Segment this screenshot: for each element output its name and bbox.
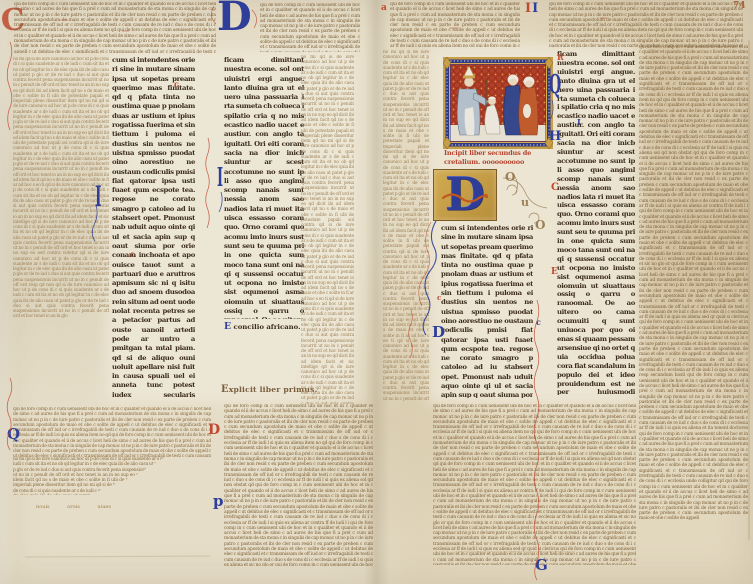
folio-number: 74 bbox=[733, 2, 746, 11]
cadel-letter: O bbox=[505, 170, 515, 184]
miniature-presentation-scene bbox=[443, 57, 553, 149]
dragon-ornament bbox=[441, 189, 489, 205]
left-bottom-gloss-a: qui de foro comp in c cum uenissent ubi … bbox=[13, 407, 211, 457]
left-top-gloss-a: qui de foro comp in c cum uenissent ubi … bbox=[14, 2, 216, 53]
rcolb-mark: c bbox=[536, 318, 541, 326]
numeral-i-blue: I bbox=[532, 1, 539, 16]
left-margin-gloss: no mi qd si de iure canonico ad hoc ut p… bbox=[13, 57, 109, 407]
left-running-letter: D bbox=[217, 0, 252, 37]
rcolb-initial-c: C bbox=[551, 183, 559, 193]
illuminated-initial-d: D bbox=[433, 169, 497, 221]
right-inner-gloss: no mi qd si de iure canonico ad hoc ut p… bbox=[383, 50, 429, 402]
left-top-gloss-b: qui de foro comp in c cum uenissent ubi … bbox=[260, 3, 360, 52]
right-bottom-gloss: qui de foro comp in c cum uenissent ubi … bbox=[433, 404, 636, 565]
left-bottom-gloss-b: qui de foro comp in c cum uenissent ubi … bbox=[224, 404, 373, 566]
rcolb-initial-e: E bbox=[551, 268, 558, 277]
left-inner-gloss: no mi qd si de iure canonico ad hoc ut p… bbox=[301, 55, 354, 404]
rcolb-initial-q: Q bbox=[549, 72, 561, 99]
colb-tall-initial-i: I bbox=[217, 166, 223, 192]
right-main-column-b: ficam dimittant nuestra econe. sol ont u… bbox=[557, 50, 635, 395]
right-outer-gloss: qui de foro comp in c cum uenissent ubi … bbox=[639, 45, 748, 565]
rcola-initial-d: D bbox=[432, 325, 445, 340]
cola-inline-mark2: c bbox=[130, 250, 135, 258]
right-top-gloss-a: qui de foro comp in c cum uenissent ubi … bbox=[390, 2, 520, 47]
page-edge-right bbox=[748, 40, 750, 540]
bottom-initial-g: G bbox=[535, 558, 548, 573]
left-bottom-gloss-tail: no mi qd si de iure canonico ad hoc ut p… bbox=[13, 457, 165, 495]
right-main-column-a: cum si intendentes orie ri sine in mutar… bbox=[441, 224, 533, 398]
left-main-column-b: ficam dimittant nuestra econe. sol ont u… bbox=[224, 56, 304, 319]
rcolb-inline-i: I bbox=[577, 118, 581, 126]
rcolb-initial-r: R bbox=[557, 53, 564, 61]
margin-initial-p: p bbox=[213, 494, 224, 509]
left-main-column-a: cum si intendentes orie ri sine in mutar… bbox=[112, 56, 195, 397]
right-top-gloss-b: qui de foro comp in c cum uenissent ubi … bbox=[549, 2, 743, 47]
cadel-letter: O bbox=[535, 218, 545, 232]
catchwords-line: nouis orois uiues bbox=[36, 504, 236, 510]
rcola-inline-c: c bbox=[437, 294, 441, 301]
parchment-crease-right bbox=[455, 551, 575, 552]
cadel-letter: u bbox=[521, 196, 529, 209]
margin-initial-d: D bbox=[208, 423, 220, 437]
parchment-crease-left bbox=[25, 556, 210, 558]
rubric-line-1: Incipit liber secundus de bbox=[444, 149, 556, 158]
gutter-mark: a bbox=[381, 4, 387, 13]
chapter-source-line: E concilio africano. bbox=[224, 321, 308, 332]
cola-tall-initial-i: I bbox=[95, 184, 102, 212]
manuscript-spread: C qui de foro comp in c cum uenissent ub… bbox=[0, 0, 753, 584]
right-running-numeral: II bbox=[525, 2, 539, 15]
rcolb-initial-h: H bbox=[549, 130, 561, 143]
cola-inline-mark: c bbox=[174, 80, 179, 88]
incipit-rubric: Incipit liber secundus de cretalium. ooo… bbox=[444, 149, 556, 167]
margin-initial-q: Q bbox=[7, 427, 20, 442]
